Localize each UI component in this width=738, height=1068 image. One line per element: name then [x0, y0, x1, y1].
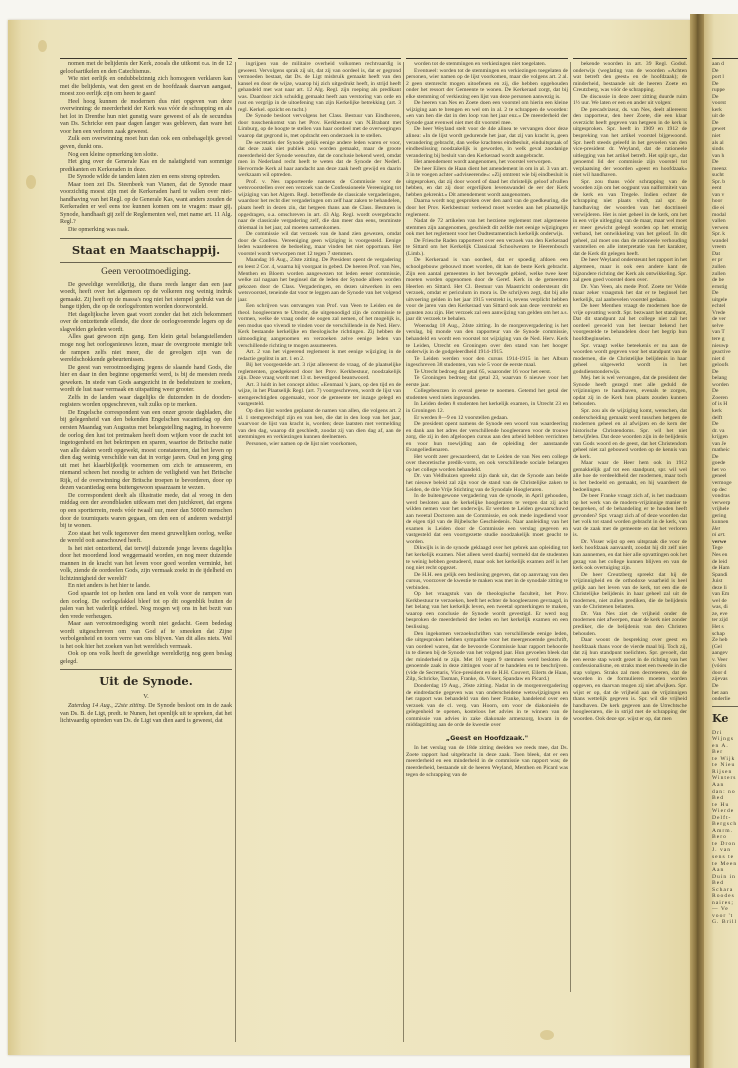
paragraph: Bij het voorgestelde art. 3 rijst allere… — [238, 362, 401, 382]
paragraph: Zoo staat het volk tegenover den meest g… — [60, 531, 232, 546]
paragraph: Maar toen zei Ds. Steenbeek van Vianen, … — [60, 182, 232, 227]
paragraph: Het amendement wordt aangenomen, het voo… — [406, 159, 568, 166]
column-divider — [403, 62, 404, 1042]
paragraph: Spr. zou als de wijziging komt, wenschen… — [573, 408, 687, 460]
text-fragment: Bergsch — [712, 821, 738, 828]
paragraph: De secretaris der Synode gelijk eenige a… — [238, 140, 401, 179]
paragraph: Op het vraagstuk van de theologische fac… — [406, 591, 568, 630]
paragraph: Prof. v. Nes rapporteerde namens de Comm… — [238, 179, 401, 231]
text-fragment: Wierde — [712, 808, 738, 815]
paragraph: Maar aan verootmoediging wordt niet geda… — [60, 621, 232, 651]
paragraph: De president opent namens de Synode een … — [406, 421, 568, 454]
paragraph: Dr. Visser wijst op een uitspraak die vo… — [573, 539, 687, 572]
paragraph: De Kerkeraad is van oordeel, dat er spoe… — [406, 257, 568, 322]
paragraph: De correspondent deelt als illustratie m… — [60, 493, 232, 531]
column-2-body: ingrijpen van de militaire overheid volk… — [238, 61, 401, 447]
column-divider — [570, 62, 571, 992]
paragraph: Zelfs in de landen waar dagelijks de dui… — [60, 395, 232, 410]
facing-page-column: aan dDeport lDeruppeDevoorstkerkuit deDe… — [712, 58, 738, 926]
paragraph: De precadvizeur, ds. van Nes, deelt alle… — [573, 107, 687, 179]
paragraph: De heeren van Nes en Zoete doen een voor… — [406, 100, 568, 126]
paper-stain — [26, 175, 36, 189]
paragraph: Te Leiden werden voor den cursus 1914-19… — [406, 356, 568, 369]
paragraph: Heel hoog kunnen de modernen dus niet op… — [60, 99, 232, 137]
column-2: ingrijpen van de militaire overheid volk… — [238, 58, 401, 447]
paragraph: Een schrijven was ontvangen van Prof. va… — [238, 303, 401, 349]
heading-fragment: Ke — [712, 711, 738, 726]
paragraph: Spr. zou thans vóór schrapping van de wo… — [573, 179, 687, 258]
paragraph: Het ging over de Generale Kas en de nala… — [60, 159, 232, 174]
paragraph: God spaarde tot op heden ons land en vol… — [60, 591, 232, 621]
paragraph: Daar woont de bespreking over geest en h… — [573, 637, 687, 722]
synode-title: Uit de Synode. — [60, 674, 232, 689]
paragraph: De heer Weyland ondersteunt het rapport … — [573, 257, 687, 283]
paragraph: De heer Menthen vraagt de modernen hoe d… — [573, 303, 687, 342]
paragraph: En niet anders is het hier te lande. — [60, 583, 232, 591]
paragraph: nomen met de belijdenis der Kerk, zooals… — [60, 61, 232, 76]
paragraph: Alles gaat gewoon zijn gang. Een klein g… — [60, 334, 232, 364]
paragraph: Is het niet ontzettend, dat terwijl duiz… — [60, 546, 232, 584]
session-date: Zaterdag 14 Aug., 22ste zitting. — [68, 703, 146, 709]
paragraph: Het wordt zeer gewaardeerd, dat te Leide… — [406, 454, 568, 474]
paragraph: De heer Creutzberg spreekt dat hij de vr… — [573, 572, 687, 611]
paragraph: bekende woorden in art. 39 Regl. Godsd. … — [573, 61, 687, 94]
top-rule — [712, 58, 738, 59]
text-fragment: G. Brill — [712, 919, 738, 926]
paragraph: De geest van verootmoediging jegens de s… — [60, 365, 232, 395]
top-rule — [238, 58, 401, 59]
column-3: worden tot de stemmingen en verkiezingen… — [406, 58, 568, 778]
paragraph: Het dagelijksche leven gaat voort zonder… — [60, 312, 232, 335]
paragraph: Wie niet eerlijk en ondubbelzinnig zich … — [60, 76, 232, 99]
paragraph: De heer Eilers de Haan dient het amendem… — [406, 166, 568, 199]
paragraph: Mej. het is wel vervangen, dat de presid… — [573, 375, 687, 408]
paragraph: Daarna wordt nog gesproken over den aard… — [406, 198, 568, 218]
paragraph: Woensdag 18 Aug., 24ste zitting. In de m… — [406, 323, 568, 356]
paragraph: ingrijpen van de militaire overheid volk… — [238, 61, 401, 113]
paragraph: Maandag 16 Aug., 23ste zitting. De Presi… — [238, 257, 401, 303]
paper-stain — [540, 1030, 554, 1040]
top-rule — [60, 58, 232, 59]
article-body: De geweldige wereldkrijg, die thans reed… — [60, 282, 232, 667]
top-rule — [573, 58, 687, 59]
column-1: nomen met de belijdenis der Kerk, zooals… — [60, 58, 232, 726]
paragraph: Art. 2 van het vigeerend reglement is me… — [238, 349, 401, 362]
synode-lead: Zaterdag 14 Aug., 22ste zitting. De Syno… — [60, 703, 232, 726]
paragraph: De beer Franke vraagt zich af, is het ra… — [573, 493, 687, 539]
paragraph: De Synode wilde de tanden laten zien en … — [60, 174, 232, 182]
paragraph: Personen, wier namen op de lijst niet vo… — [238, 441, 401, 448]
paragraph: Nadat de 72 artikelen van het herziene r… — [406, 218, 568, 238]
paragraph: De Synode besloot vervolgens het Class. … — [238, 113, 401, 139]
paragraph: In Leiden deden 8 studenten het kerkelij… — [406, 401, 568, 414]
column-4-body: bekende woorden in art. 39 Regl. Godsd. … — [573, 61, 687, 722]
text-fragment: te Nieu — [712, 762, 738, 769]
paragraph: Nog een kleine opmerking ten slotte. — [60, 152, 232, 160]
paper-stain — [38, 40, 47, 52]
paragraph: Te Groningen bedroeg dat getal 23, waarv… — [406, 375, 568, 388]
text-fragment: onderlie — [712, 696, 738, 703]
top-rule — [406, 58, 568, 59]
paragraph: Art. 3 luidt in het concept aldus: »Eenm… — [238, 382, 401, 408]
section-rule — [712, 706, 738, 707]
section-rule — [60, 238, 232, 239]
paragraph: De Friesche Raden rapporteert over een v… — [406, 238, 568, 258]
paragraph: Maar waar de Heer hem ook in 1912 gemakk… — [573, 460, 687, 493]
paragraph: Donderdag 19 Aug., 26ste zitting. Nadat … — [406, 683, 568, 729]
paragraph: Dr. Van Nes ziet de vrijheid onder de mo… — [573, 611, 687, 637]
paragraph: Den ingekomen verzoekschriften van versc… — [406, 631, 568, 683]
facing-page-fragments: aan dDeport lDeruppeDevoorstkerkuit deDe… — [712, 61, 738, 926]
subheading: „Geest en Hoofdzaak." — [406, 735, 568, 742]
paragraph: Zulk een overwinning moet hun dan ook ee… — [60, 136, 232, 151]
paragraph: Op dien lijst worden geplaatst de namen … — [238, 408, 401, 441]
text-fragment: Winters — [712, 775, 738, 782]
paragraph: Die opmerking was raak. — [60, 227, 232, 235]
paragraph: Dikwijls is in de synode geklaagd over h… — [406, 545, 568, 571]
installment-number: V. — [60, 693, 232, 701]
section-heading: Staat en Maatschappij. — [60, 243, 232, 258]
paragraph: De geweldige wereldkrijg, die thans reed… — [60, 282, 232, 312]
intro-text: nomen met de belijdenis der Kerk, zooals… — [60, 61, 232, 235]
paragraph: De H.H. een gelijk een beslissing gegeve… — [406, 572, 568, 592]
paragraph: Collegebeurzen in overal geene te noemen… — [406, 388, 568, 401]
paragraph: In de buitengewone vergadering van de sy… — [406, 493, 568, 545]
column-3-body: worden tot de stemmingen en verkiezingen… — [406, 61, 568, 729]
text-fragment: Roodes — [712, 893, 738, 900]
column-4: bekende woorden in art. 39 Regl. Godsd. … — [573, 58, 687, 722]
section-rule — [60, 262, 232, 263]
paragraph: De Engelsche correspondent van een onzer… — [60, 410, 232, 493]
paragraph: Spr. vraagt welke beteekenis er nu aan d… — [573, 343, 687, 376]
paragraph: Dr. Van Veen, als mede Prof. Zoete ter V… — [573, 284, 687, 304]
paragraph: worden tot de stemmingen en verkiezingen… — [406, 61, 568, 68]
column-divider — [235, 62, 236, 1042]
paragraph: De commissie wil dat verzoek van de hand… — [238, 231, 401, 257]
final-paragraph: In het verslag van de 18de zitting deeld… — [406, 745, 568, 778]
section-rule — [60, 669, 232, 670]
paragraph: Dr. van Veldhuizen spreekt zijn dank uit… — [406, 473, 568, 493]
paragraph: Eventueel: worden tot de stemmingen en v… — [406, 68, 568, 101]
book-gutter — [690, 14, 704, 1068]
paragraph: De discussie in deze zeer zitting duurde… — [573, 94, 687, 107]
article-title: Geen verootmoediging. — [60, 266, 232, 278]
paragraph: Ook op ons volk heeft de geweldige werel… — [60, 651, 232, 666]
paragraph: De heer Weyland stelt voor de 4de alinea… — [406, 126, 568, 159]
